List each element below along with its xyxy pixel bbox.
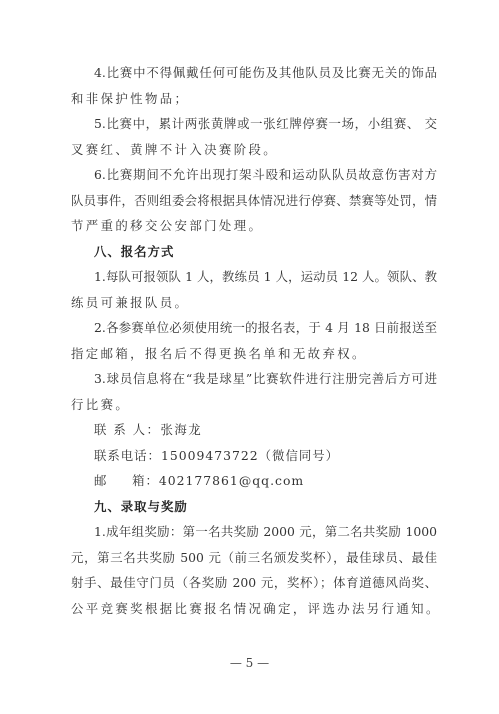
paragraph-line: 4.比赛中不得佩戴任何可能伤及其他队员及比赛无关的饰品 <box>71 60 437 86</box>
paragraph-line: 指定邮箱，报名后不得更换名单和无故弃权。 <box>71 341 437 367</box>
paragraph-line: 和非保护性物品； <box>71 86 437 112</box>
paragraph-line: 节严重的移交公安部门处理。 <box>71 213 437 239</box>
section-heading-awards: 九、录取与奖励 <box>71 494 437 520</box>
paragraph-line: 元，第三名共奖励 500 元（前三名颁发奖杯），最佳球员、最佳 <box>71 545 437 571</box>
paragraph-line: 2.各参赛单位必须使用统一的报名表，于 4 月 18 日前报送至 <box>71 315 437 341</box>
document-page: 4.比赛中不得佩戴任何可能伤及其他队员及比赛无关的饰品 和非保护性物品； 5.比… <box>71 60 437 621</box>
contact-person: 联 系 人：张海龙 <box>71 417 437 443</box>
page-number: — 5 — <box>0 656 499 670</box>
paragraph-line: 叉赛红、黄牌不计入决赛阶段。 <box>71 137 437 163</box>
section-heading-registration: 八、报名方式 <box>71 239 437 265</box>
paragraph-line: 1.每队可报领队 1 人，教练员 1 人，运动员 12 人。领队、教 <box>71 264 437 290</box>
contact-email: 邮 箱：402177861@qq.com <box>71 468 437 494</box>
paragraph-line: 5.比赛中，累计两张黄牌或一张红牌停赛一场，小组赛、 交 <box>71 111 437 137</box>
paragraph-line: 射手、最佳守门员（各奖励 200 元，奖杯）；体育道德风尚奖、 <box>71 570 437 596</box>
paragraph-line: 行比赛。 <box>71 392 437 418</box>
paragraph-line: 练员可兼报队员。 <box>71 290 437 316</box>
contact-phone: 联系电话：15009473722（微信同号） <box>71 443 437 469</box>
paragraph-line: 队员事件，否则组委会将根据具体情况进行停赛、禁赛等处罚，情 <box>71 188 437 214</box>
paragraph-line: 6.比赛期间不允许出现打架斗殴和运动队队员故意伤害对方 <box>71 162 437 188</box>
paragraph-line: 公平竞赛奖根据比赛报名情况确定，评选办法另行通知。 <box>71 596 437 622</box>
paragraph-line: 1.成年组奖励：第一名共奖励 2000 元，第二名共奖励 1000 <box>71 519 437 545</box>
paragraph-line: 3.球员信息将在“我是球星”比赛软件进行注册完善后方可进 <box>71 366 437 392</box>
